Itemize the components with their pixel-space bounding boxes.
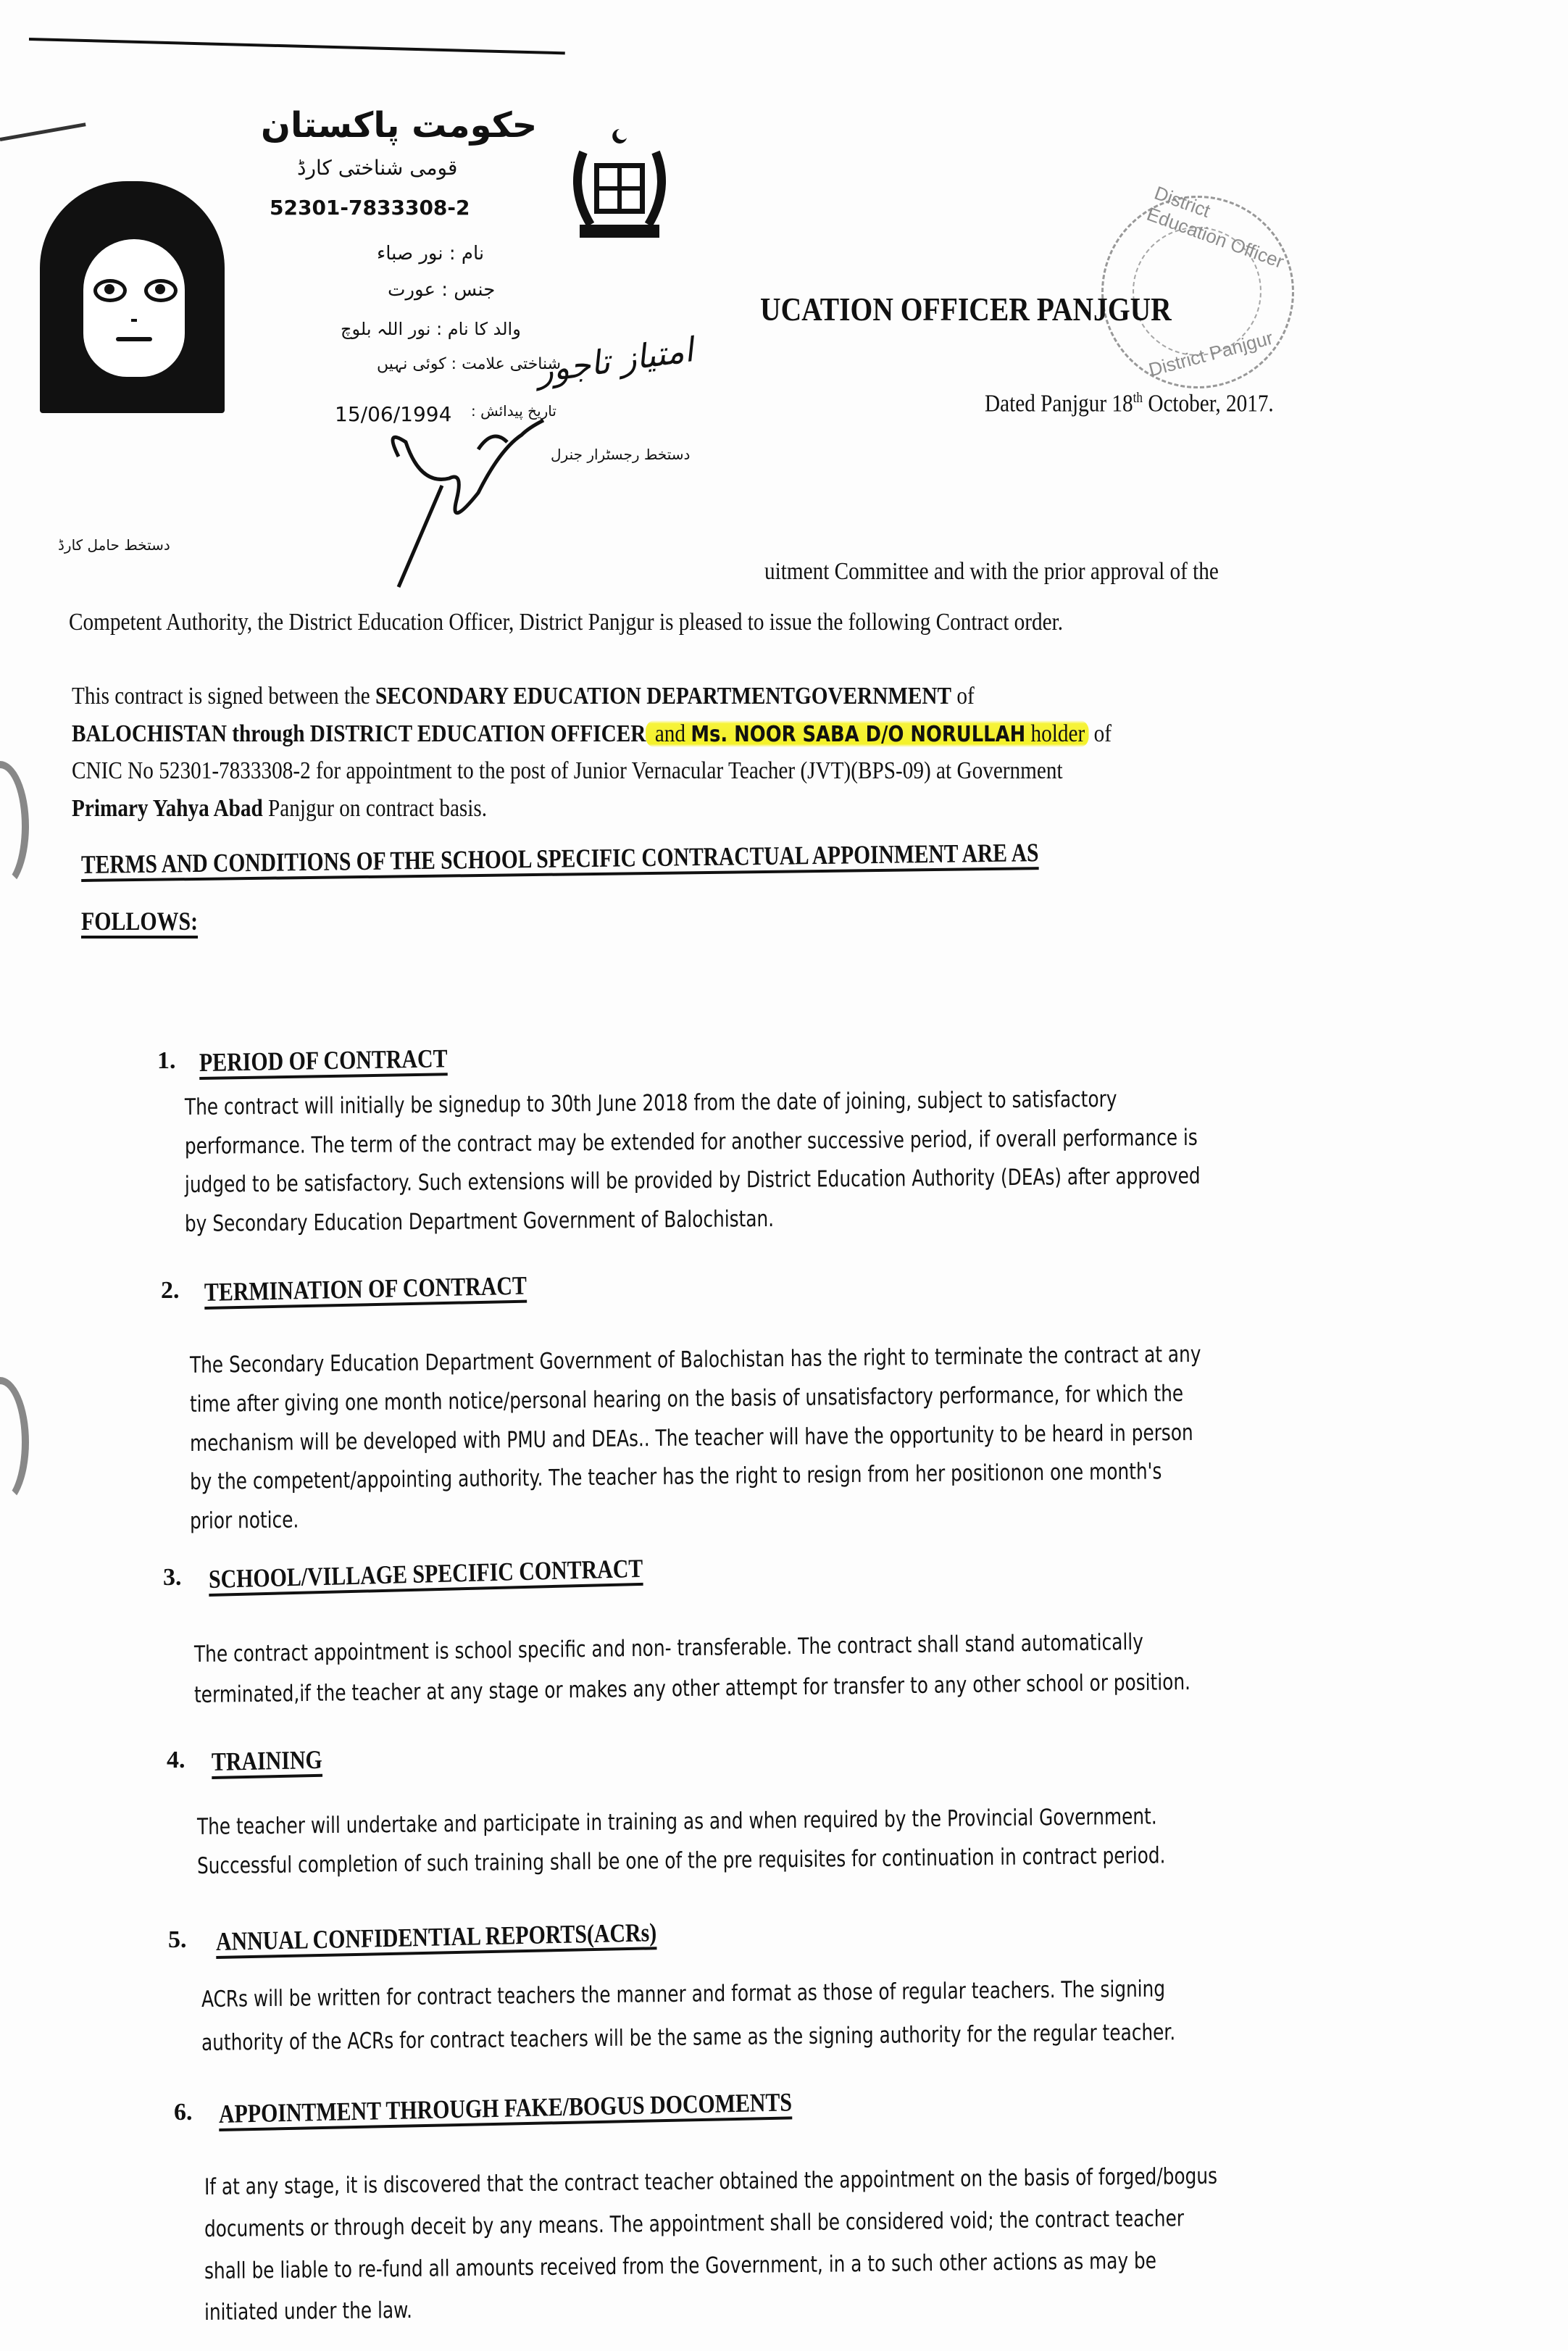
contract-line-2: BALOCHISTAN through DISTRICT EDUCATION O…: [72, 720, 1112, 748]
state-emblem-icon: [562, 123, 677, 254]
section-heading: TERMINATION OF CONTRACT: [204, 1270, 527, 1307]
section-body-line: terminated,if the teacher at any stage o…: [194, 1669, 1190, 1708]
section-body-line: by the competent/appointing authority. T…: [190, 1458, 1162, 1495]
id-holder-sign-label: دستخط حامل کارڈ: [58, 536, 170, 554]
section-body-line: The contract will initially be signedup …: [185, 1086, 1117, 1120]
contract-line-4: Primary Yahya Abad Panjgur on contract b…: [72, 795, 487, 823]
section-body-line: judged to be satisfactory. Such extensio…: [185, 1163, 1201, 1198]
id-country-urdu: حکومت پاکستان: [261, 105, 537, 146]
id-mark-row: شناختی علامت : کوئی نہیں: [377, 355, 561, 373]
signature: [377, 406, 696, 594]
handwritten-note: امتیاز تاجور: [534, 330, 696, 391]
intro-line-2: Competent Authority, the District Educat…: [69, 609, 1063, 636]
section-body-line: The teacher will undertake and participa…: [197, 1804, 1157, 1840]
id-gender-row: جنس : عورت: [388, 279, 495, 301]
id-cnic: 52301-7833308-2: [270, 196, 470, 220]
id-name-row: نام : نور صباء: [377, 243, 484, 265]
section-body-line: ACRs will be written for contract teache…: [201, 1976, 1165, 2013]
section-heading: PERIOD OF CONTRACT: [199, 1043, 448, 1078]
section-body-line: The Secondary Education Department Gover…: [190, 1341, 1201, 1378]
id-photo: [40, 181, 225, 413]
section-heading: APPOINTMENT THROUGH FAKE/BOGUS DOCOMENTS: [219, 2086, 793, 2129]
id-father-row: والد کا نام : نور اللہ بلوچ: [341, 319, 521, 339]
binder-ring-top: [0, 761, 29, 891]
section-number: 2.: [161, 1277, 180, 1305]
section-number: 3.: [163, 1564, 182, 1591]
highlighted-teacher-name: and Ms. NOOR SABA D/O NORULLAH holder: [646, 720, 1088, 747]
office-title: UCATION OFFICER PANJGUR: [760, 290, 1172, 328]
section-number: 6.: [174, 2099, 193, 2126]
face-icon: [83, 239, 185, 377]
section-number: 4.: [167, 1747, 185, 1774]
section-body-line: initiated under the law.: [204, 2297, 412, 2326]
scan-edge-line: [29, 38, 565, 54]
section-body-line: performance. The term of the contract ma…: [185, 1125, 1198, 1160]
intro-line-1: uitment Committee and with the prior app…: [764, 558, 1219, 586]
section-body-line: The contract appointment is school speci…: [194, 1629, 1143, 1668]
section-body-line: by Secondary Education Department Govern…: [185, 1206, 774, 1237]
section-number: 1.: [157, 1047, 176, 1075]
section-heading: TRAINING: [212, 1744, 322, 1777]
pen-mark: [0, 122, 86, 141]
dated-line: Dated Panjgur 18th October, 2017.: [985, 390, 1274, 417]
contract-line-1: This contract is signed between the SECO…: [72, 683, 975, 710]
contract-line-3: CNIC No 52301-7833308-2 for appointment …: [72, 757, 1063, 785]
section-body-line: Successful completion of such training s…: [197, 1842, 1166, 1879]
section-heading: SCHOOL/VILLAGE SPECIFIC CONTRACT: [209, 1553, 643, 1594]
id-card-type-urdu: قومی شناختی کارڈ: [297, 156, 457, 180]
section-body-line: prior notice.: [190, 1507, 299, 1534]
section-body-line: If at any stage, it is discovered that t…: [204, 2163, 1217, 2200]
section-heading: ANNUAL CONFIDENTIAL REPORTS(ACRs): [216, 1917, 657, 1957]
section-body-line: authority of the ACRs for contract teach…: [201, 2019, 1175, 2056]
section-number: 5.: [168, 1926, 187, 1954]
section-body-line: shall be liable to re-fund all amounts r…: [204, 2248, 1156, 2284]
section-body-line: time after giving one month notice/perso…: [190, 1381, 1183, 1418]
terms-heading-line-2: FOLLOWS:: [81, 906, 198, 936]
binder-ring-bottom: [0, 1377, 29, 1507]
section-body-line: documents or through deceit by any means…: [204, 2205, 1184, 2242]
section-body-line: mechanism will be developed with PMU and…: [190, 1420, 1193, 1457]
terms-heading-line-1: TERMS AND CONDITIONS OF THE SCHOOL SPECI…: [81, 837, 1039, 880]
